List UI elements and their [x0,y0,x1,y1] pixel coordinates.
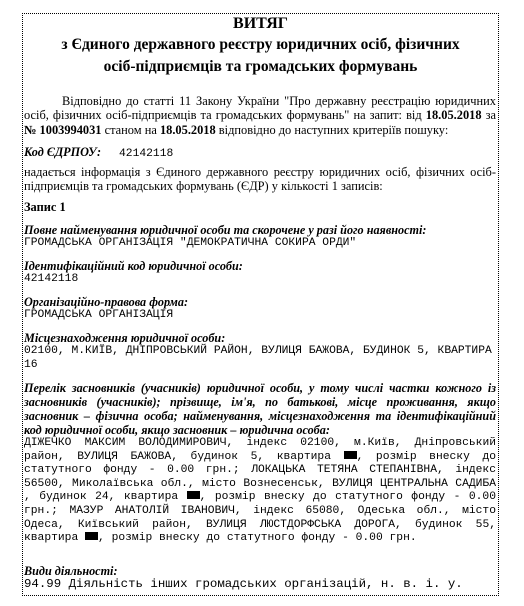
field-label: Перелік засновників (учасників) юридично… [24,381,496,437]
document-title: ВИТЯГ [23,14,498,34]
field-value: ГРОМАДСЬКА ОРГАНІЗАЦІЯ [24,309,496,323]
field-value: 02100, М.КИЇВ, ДНІПРОВСЬКИЙ РАЙОН, ВУЛИЦ… [24,345,496,372]
subtitle-line-2: осіб-підприємців та громадських формуван… [23,56,498,78]
field-value: ГРОМАДСЬКА ОРГАНІЗАЦІЯ "ДЕМОКРАТИЧНА СОК… [24,237,496,251]
redacted-apartment [187,491,200,499]
field-founders: Перелік засновників (учасників) юридично… [24,381,496,546]
extract-document: ВИТЯГ з Єдиного державного реєстру юриди… [22,13,499,596]
field-value: 42142118 [24,273,496,287]
field-label: Види діяльності: [24,564,496,578]
search-criteria-label: Код ЄДРПОУ: [24,145,101,159]
founder-text: , розмір внеску до статутного фонду - 0.… [98,532,417,544]
field-value: 94.99 Діяльність інших громадських орган… [24,578,496,592]
intro-text-2: за [482,108,496,122]
redacted-apartment [344,451,357,459]
search-criteria: Код ЄДРПОУ: 42142118 [24,143,496,162]
intro-text-3: станом на [102,123,160,137]
field-full-name: Повне найменування юридичної особи та ск… [24,223,496,251]
subtitle-line-1: з Єдиного державного реєстру юридичних о… [23,34,498,56]
intro-text-4: відповідно до наступних критеріїв пошуку… [216,123,449,137]
request-date: 18.05.2018 [426,108,482,122]
field-id-code: Ідентифікаційний код юридичної особи: 42… [24,259,496,287]
request-number: № 1003994031 [24,123,102,137]
field-label: Повне найменування юридичної особи та ск… [24,223,496,237]
redacted-apartment [85,532,98,540]
founder-3: МАЗУР АНАТОЛІЙ ІВАНОВИЧ, індекс 65080, О… [24,505,503,544]
field-location: Місцезнаходження юридичної особи: 02100,… [24,331,496,372]
field-label: Місцезнаходження юридичної особи: [24,331,496,345]
field-legal-form: Організаційно-правова форма: ГРОМАДСЬКА … [24,295,496,323]
search-criteria-value: 42142118 [119,148,173,160]
field-label: Організаційно-правова форма: [24,295,496,309]
record-heading: Запис 1 [24,200,496,214]
state-date: 18.05.2018 [160,123,216,137]
provided-info: надається інформація з Єдиного державног… [24,165,496,194]
field-activities: Види діяльності: 94.99 Діяльність інших … [24,564,496,592]
field-label: Ідентифікаційний код юридичної особи: [24,259,496,273]
intro-paragraph: Відповідно до статті 11 Закону України "… [24,94,496,137]
founders-list: ДІЖЕЧКО МАКСИМ ВОЛОДИМИРОВИЧ, індекс 021… [24,437,496,546]
document-subtitle: з Єдиного державного реєстру юридичних о… [23,34,498,78]
